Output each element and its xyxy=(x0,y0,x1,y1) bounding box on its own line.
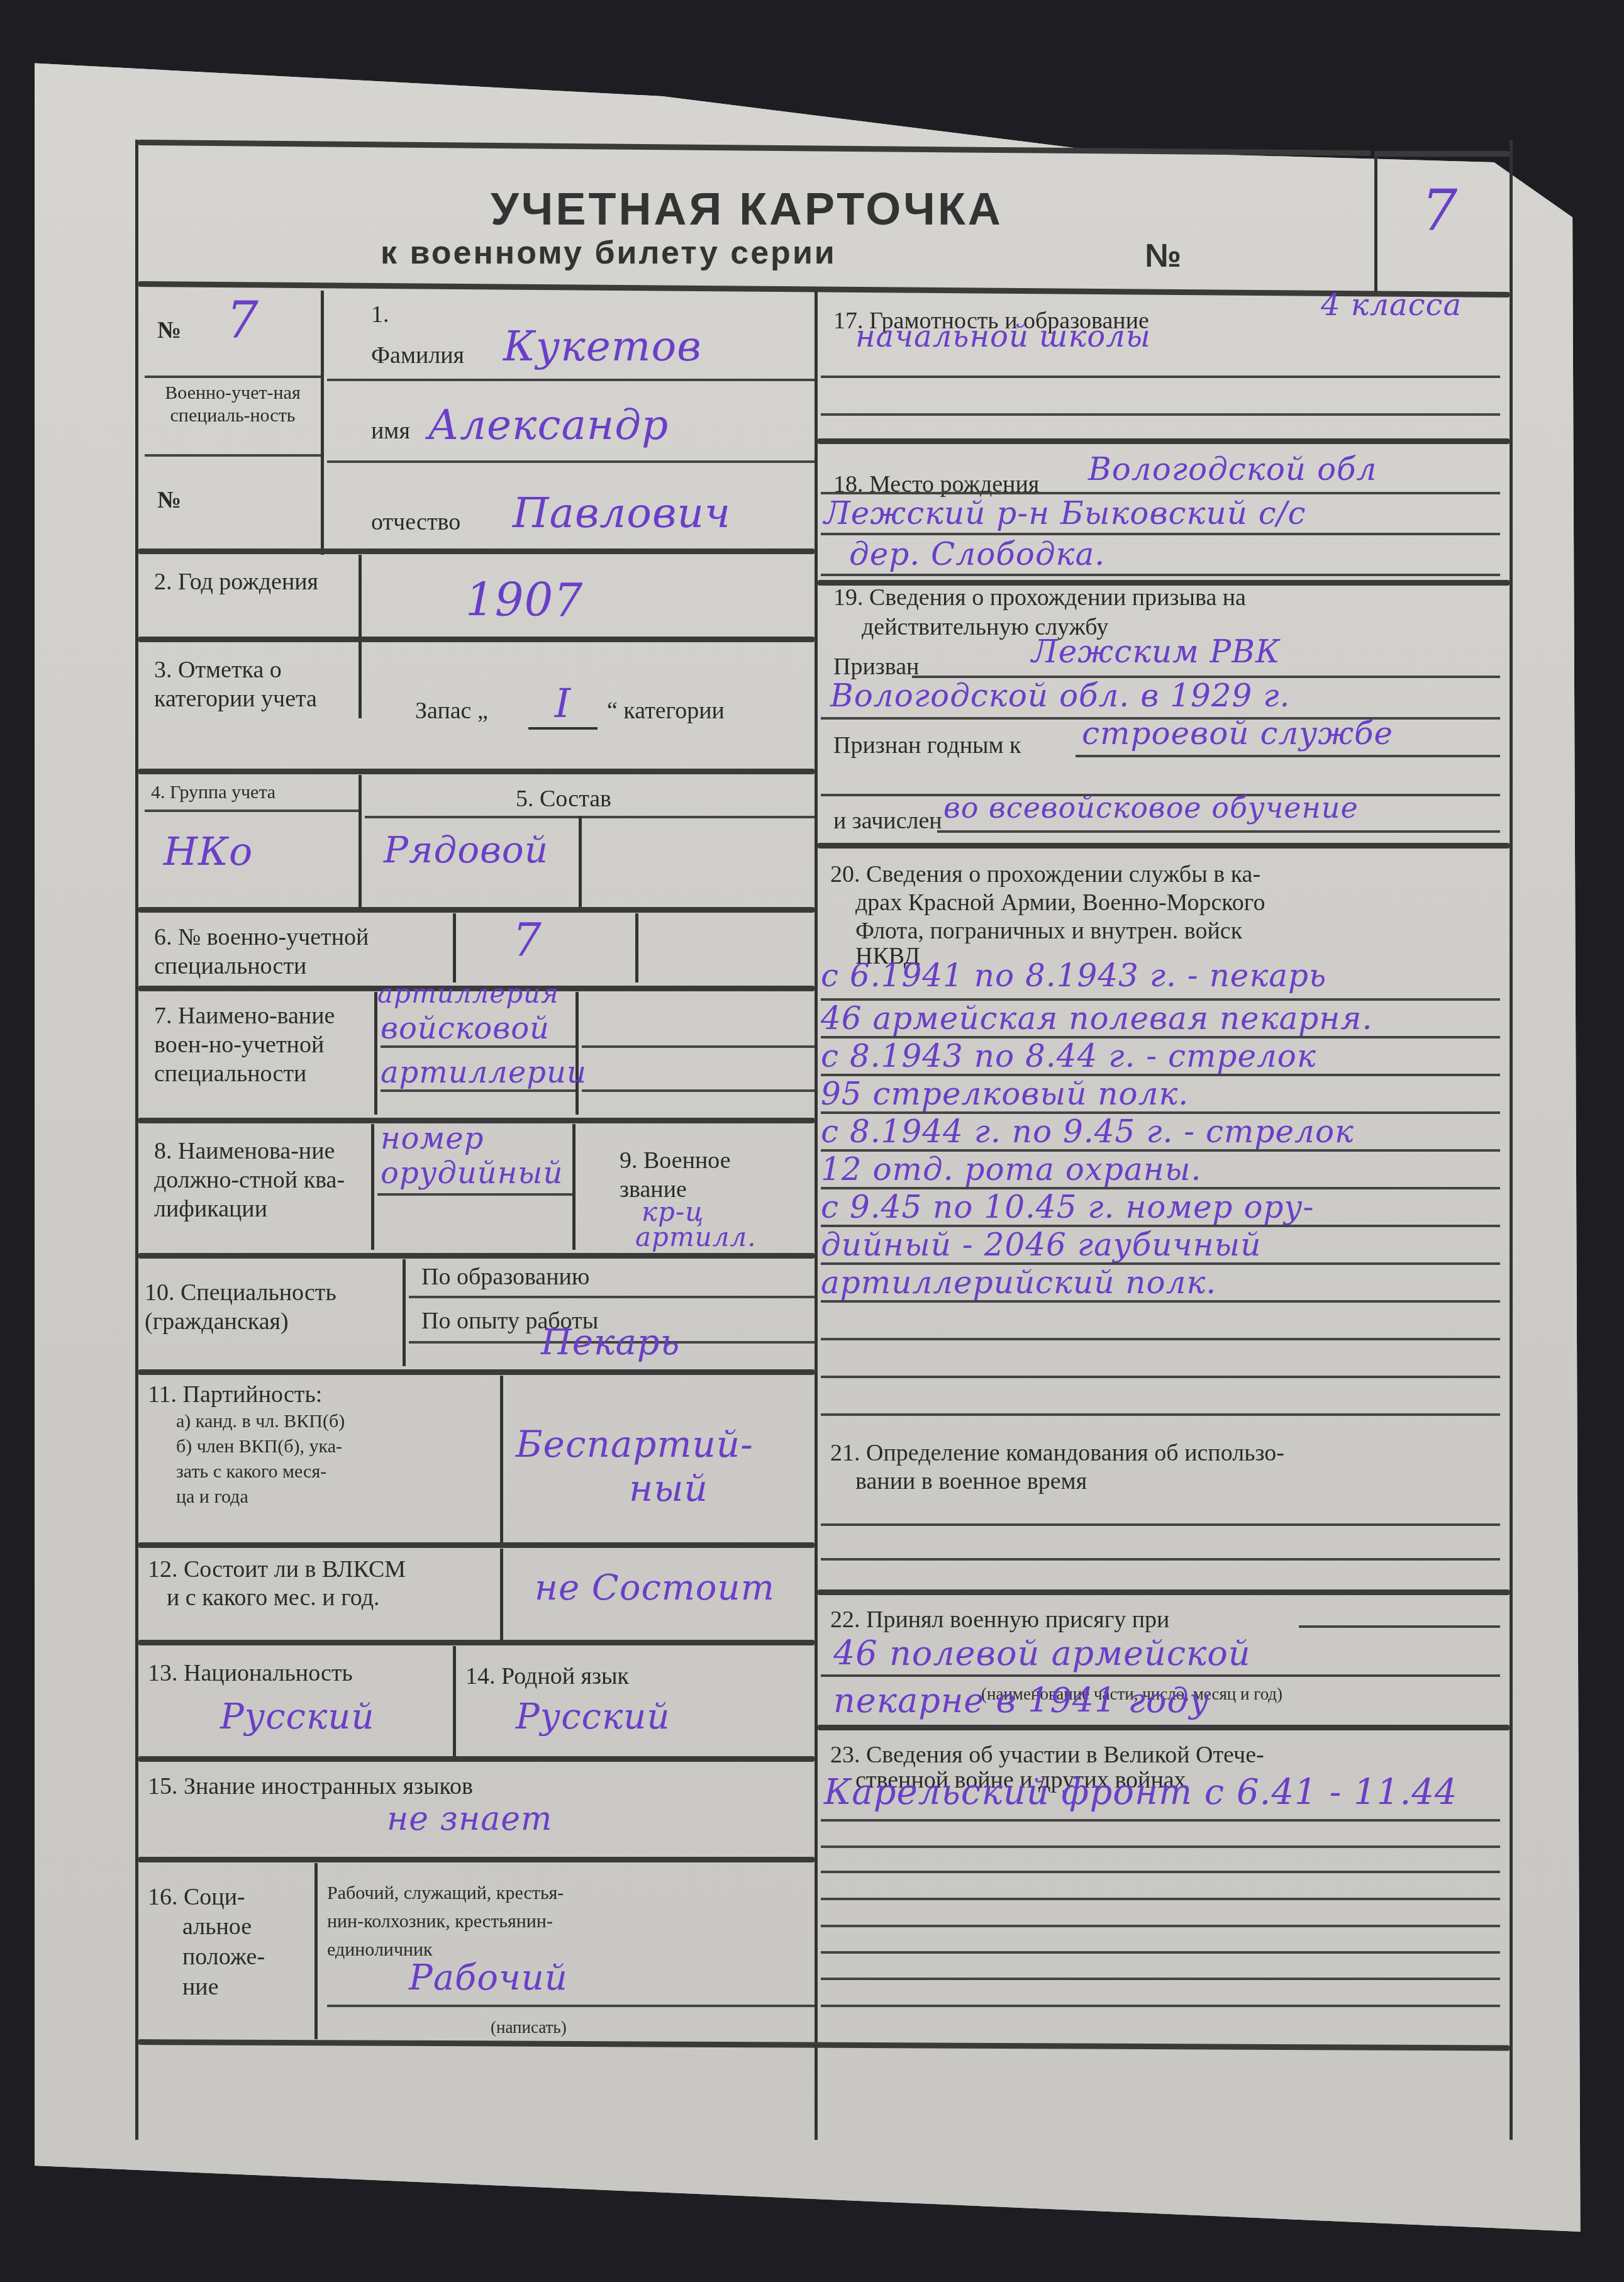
rule xyxy=(821,1978,1500,1980)
rule xyxy=(327,2005,815,2007)
party-label-3: б) член ВКП(б), ука- xyxy=(176,1435,342,1458)
service-entry-3[interactable]: с 8.1943 по 8.44 г. - стрелок xyxy=(821,1038,1316,1074)
education-value-2[interactable]: начальной школы xyxy=(855,319,1151,354)
oath-value-1[interactable]: 46 полевой армейской xyxy=(833,1634,1250,1673)
rule xyxy=(937,830,1500,833)
rule xyxy=(821,1845,1500,1848)
composition-value[interactable]: Рядовой xyxy=(384,828,548,871)
rank-label: 9. Военное звание xyxy=(620,1146,796,1204)
bottom-rule xyxy=(138,2039,1510,2051)
rule xyxy=(818,438,1510,444)
surname-value[interactable]: Кукетов xyxy=(503,322,702,370)
rule xyxy=(821,2005,1500,2007)
wartime-label-1: 21. Определение командования об использо… xyxy=(830,1439,1284,1467)
birthplace-value-3[interactable]: дер. Слободка. xyxy=(849,536,1105,572)
rule xyxy=(821,1376,1500,1378)
conscription-label-1: 19. Сведения о прохождении призыва на xyxy=(833,583,1246,612)
rule xyxy=(138,1756,815,1762)
party-value-2[interactable]: ный xyxy=(629,1467,708,1510)
ticket-number-label: № xyxy=(1145,237,1183,275)
service-entry-5[interactable]: с 8.1944 г. по 9.45 г. - стрелок xyxy=(821,1113,1354,1150)
composition-label: 5. Состав xyxy=(516,784,611,813)
service-entry-7[interactable]: с 9.45 по 10.45 г. номер ору- xyxy=(821,1189,1314,1225)
wartime-label-2: вании в военное время xyxy=(855,1467,1087,1496)
vus-number-label: 6. № военно-учетной специальности xyxy=(154,923,450,981)
header-bottom-rule xyxy=(138,281,1510,298)
rule xyxy=(381,1089,576,1092)
reserve-prefix: Запас „ xyxy=(415,696,488,725)
service-entry-2[interactable]: 46 армейская полевая пекарня. xyxy=(821,1000,1372,1037)
rule xyxy=(145,376,321,378)
social-label-1: 16. Соци- xyxy=(148,1882,245,1912)
card-title: УЧЕТНАЯ КАРТОЧКА xyxy=(491,184,1003,235)
position-line-1[interactable]: номер xyxy=(381,1121,484,1156)
divider xyxy=(453,913,456,982)
patronymic-value[interactable]: Павлович xyxy=(513,489,731,537)
rule xyxy=(138,1369,815,1375)
divider xyxy=(572,1124,576,1250)
vus-number-value[interactable]: 7 xyxy=(513,913,542,966)
divider xyxy=(579,816,582,907)
nationality-label: 13. Национальность xyxy=(148,1659,353,1688)
group-value[interactable]: НКо xyxy=(164,828,253,874)
party-label-1: 11. Партийность: xyxy=(148,1382,322,1407)
party-label-5: ца и года xyxy=(176,1486,248,1508)
header-number-divider xyxy=(1374,151,1377,292)
service-label-2: драх Красной Армии, Военно-Морского xyxy=(855,888,1265,917)
divider xyxy=(500,1549,503,1640)
service-label-1: 20. Сведения о прохождении службы в ка- xyxy=(830,860,1260,889)
rule xyxy=(821,1819,1500,1822)
rule xyxy=(821,492,1500,494)
rule xyxy=(138,907,815,913)
divider xyxy=(314,1863,318,2039)
enrolled-value[interactable]: во всевойсковое обучение xyxy=(943,791,1359,825)
divider xyxy=(403,1259,406,1366)
rule xyxy=(1076,755,1500,757)
divider xyxy=(576,992,579,1115)
column-divider xyxy=(815,291,818,2140)
vus-name-line-3[interactable]: артиллерии xyxy=(381,1055,587,1090)
service-entry-1[interactable]: с 6.1941 по 8.1943 г. - пекарь xyxy=(821,957,1326,994)
rule xyxy=(821,1674,1500,1677)
komsomol-label-1: 12. Состоит ли в ВЛКСМ xyxy=(148,1555,406,1584)
party-label-2: а) канд. в чл. ВКП(б) xyxy=(176,1410,345,1433)
surname-label: Фамилия xyxy=(371,341,464,370)
rule xyxy=(821,1558,1500,1561)
vus-name-label: 7. Наимено-вание воен-но-учетной специал… xyxy=(154,1001,368,1088)
rule xyxy=(821,574,1500,576)
native-language-label: 14. Родной язык xyxy=(465,1662,629,1691)
rule xyxy=(821,1300,1500,1303)
rule xyxy=(377,1193,572,1196)
rule xyxy=(145,454,321,457)
divider xyxy=(371,1124,374,1250)
rule xyxy=(821,376,1500,378)
rule xyxy=(327,460,815,463)
rule xyxy=(138,1253,815,1259)
rule xyxy=(821,413,1500,416)
reserve-category-value[interactable]: I xyxy=(528,681,598,730)
birth-year-value[interactable]: 1907 xyxy=(465,574,583,626)
called-value-1[interactable]: Лежским РВК xyxy=(1032,633,1281,670)
oath-label: 22. Принял военную присягу при xyxy=(830,1605,1169,1634)
header-number-top-rule xyxy=(1374,151,1510,157)
divider xyxy=(359,775,362,907)
fit-value[interactable]: строевой службе xyxy=(1082,715,1393,752)
education-value-1[interactable]: 4 класса xyxy=(1321,287,1462,323)
rule xyxy=(138,548,815,554)
rule xyxy=(821,1898,1500,1900)
enrolled-label: и зачислен xyxy=(833,806,942,835)
divider xyxy=(635,913,638,982)
rule xyxy=(138,637,815,642)
rule xyxy=(381,1045,576,1048)
native-language-value[interactable]: Русский xyxy=(516,1696,670,1737)
service-entry-8[interactable]: дийный - 2046 гаубичный xyxy=(821,1227,1262,1263)
service-entry-4[interactable]: 95 стрелковый полк. xyxy=(821,1076,1189,1112)
rule xyxy=(818,1725,1510,1730)
birthplace-value-1[interactable]: Вологодской обл xyxy=(1088,451,1377,487)
block1-divider xyxy=(321,291,324,555)
rule xyxy=(582,1045,815,1048)
rule xyxy=(821,1523,1500,1526)
birthplace-value-2[interactable]: Лежский р-н Быковский с/с xyxy=(824,495,1306,532)
position-label: 8. Наименова-ние должно-стной ква-лифика… xyxy=(154,1137,362,1223)
no2-label: № xyxy=(157,486,181,515)
nationality-value[interactable]: Русский xyxy=(220,1696,374,1737)
social-label-4: ние xyxy=(182,1973,219,2001)
foreign-languages-value[interactable]: не знает xyxy=(387,1800,552,1838)
party-value-1[interactable]: Беспартий- xyxy=(516,1423,754,1466)
rule xyxy=(138,1542,815,1548)
field1-number: 1. xyxy=(371,300,389,329)
card-subtitle: к военному билету серии xyxy=(381,234,837,272)
divider xyxy=(453,1646,456,1756)
rule xyxy=(138,769,815,774)
rule xyxy=(409,1296,815,1298)
rule xyxy=(821,1925,1500,1927)
rule xyxy=(821,1338,1500,1340)
rule xyxy=(145,810,359,812)
service-entry-6[interactable]: 12 отд. рота охраны. xyxy=(821,1151,1201,1188)
foreign-languages-label: 15. Знание иностранных языков xyxy=(148,1772,473,1801)
birth-year-label: 2. Год рождения xyxy=(154,567,343,596)
no-value: 7 xyxy=(226,291,259,349)
position-line-2[interactable]: орудийный xyxy=(381,1155,563,1191)
rule xyxy=(821,533,1500,535)
rule xyxy=(138,1857,815,1862)
patronymic-label: отчество xyxy=(371,508,460,537)
social-hint: (написать) xyxy=(491,2013,567,2042)
civil-specialty-value[interactable]: Пекарь xyxy=(541,1322,680,1363)
category-label: 3. Отметка о категории учета xyxy=(154,655,336,713)
name-value[interactable]: Александр xyxy=(428,401,669,449)
rule xyxy=(821,1951,1500,1954)
rule xyxy=(365,816,815,818)
vus-name-line-1[interactable]: артиллерия xyxy=(377,982,559,1005)
social-value[interactable]: Рабочий xyxy=(409,1957,568,1998)
divider xyxy=(500,1376,503,1542)
name-label: имя xyxy=(371,416,410,445)
party-label-4: зать с какого меся- xyxy=(176,1461,326,1483)
vus-label: Военно-учет-ная специаль-ность xyxy=(154,382,311,427)
no-label: № xyxy=(157,316,181,345)
social-label-2: альное xyxy=(182,1912,252,1941)
rule xyxy=(821,1871,1500,1873)
rank-line-2[interactable]: артилл. xyxy=(635,1222,757,1252)
reserve-suffix: “ категории xyxy=(607,696,725,725)
rule xyxy=(582,1089,815,1092)
vus-name-line-2[interactable]: войсковой xyxy=(381,1011,550,1046)
card-number-value: 7 xyxy=(1421,177,1458,243)
rule xyxy=(821,1413,1500,1416)
rule xyxy=(138,1640,815,1645)
registration-card-form: УЧЕТНАЯ КАРТОЧКА к военному билету серии… xyxy=(135,140,1513,2140)
group-label: 4. Группа учета xyxy=(151,781,275,804)
social-label-3: положе- xyxy=(182,1942,265,1971)
social-options-1: Рабочий, служащий, крестья- xyxy=(327,1882,564,1905)
civil-specialty-label: 10. Специальность (гражданская) xyxy=(145,1278,396,1336)
komsomol-label-2: и с какого мес. и год. xyxy=(167,1583,380,1612)
rule xyxy=(818,843,1510,849)
war-participation-value[interactable]: Карельский фронт с 6.41 - 11.44 xyxy=(824,1772,1457,1813)
by-education-label: По образованию xyxy=(421,1262,589,1291)
called-value-2[interactable]: Вологодской обл. в 1929 г. xyxy=(830,677,1290,714)
komsomol-value[interactable]: не Состоит xyxy=(535,1567,775,1608)
rule xyxy=(1299,1625,1500,1628)
fit-label: Признан годным к xyxy=(833,731,1021,760)
oath-value-2[interactable]: пекарне в 1941 году xyxy=(833,1681,1210,1720)
header-top-rule xyxy=(138,140,1371,156)
divider xyxy=(374,992,377,1115)
rule xyxy=(327,379,815,381)
social-options-2: нин-колхозник, крестьянин- xyxy=(327,1910,553,1933)
rule xyxy=(818,1589,1510,1595)
service-entry-9[interactable]: артиллерийский полк. xyxy=(821,1264,1216,1301)
